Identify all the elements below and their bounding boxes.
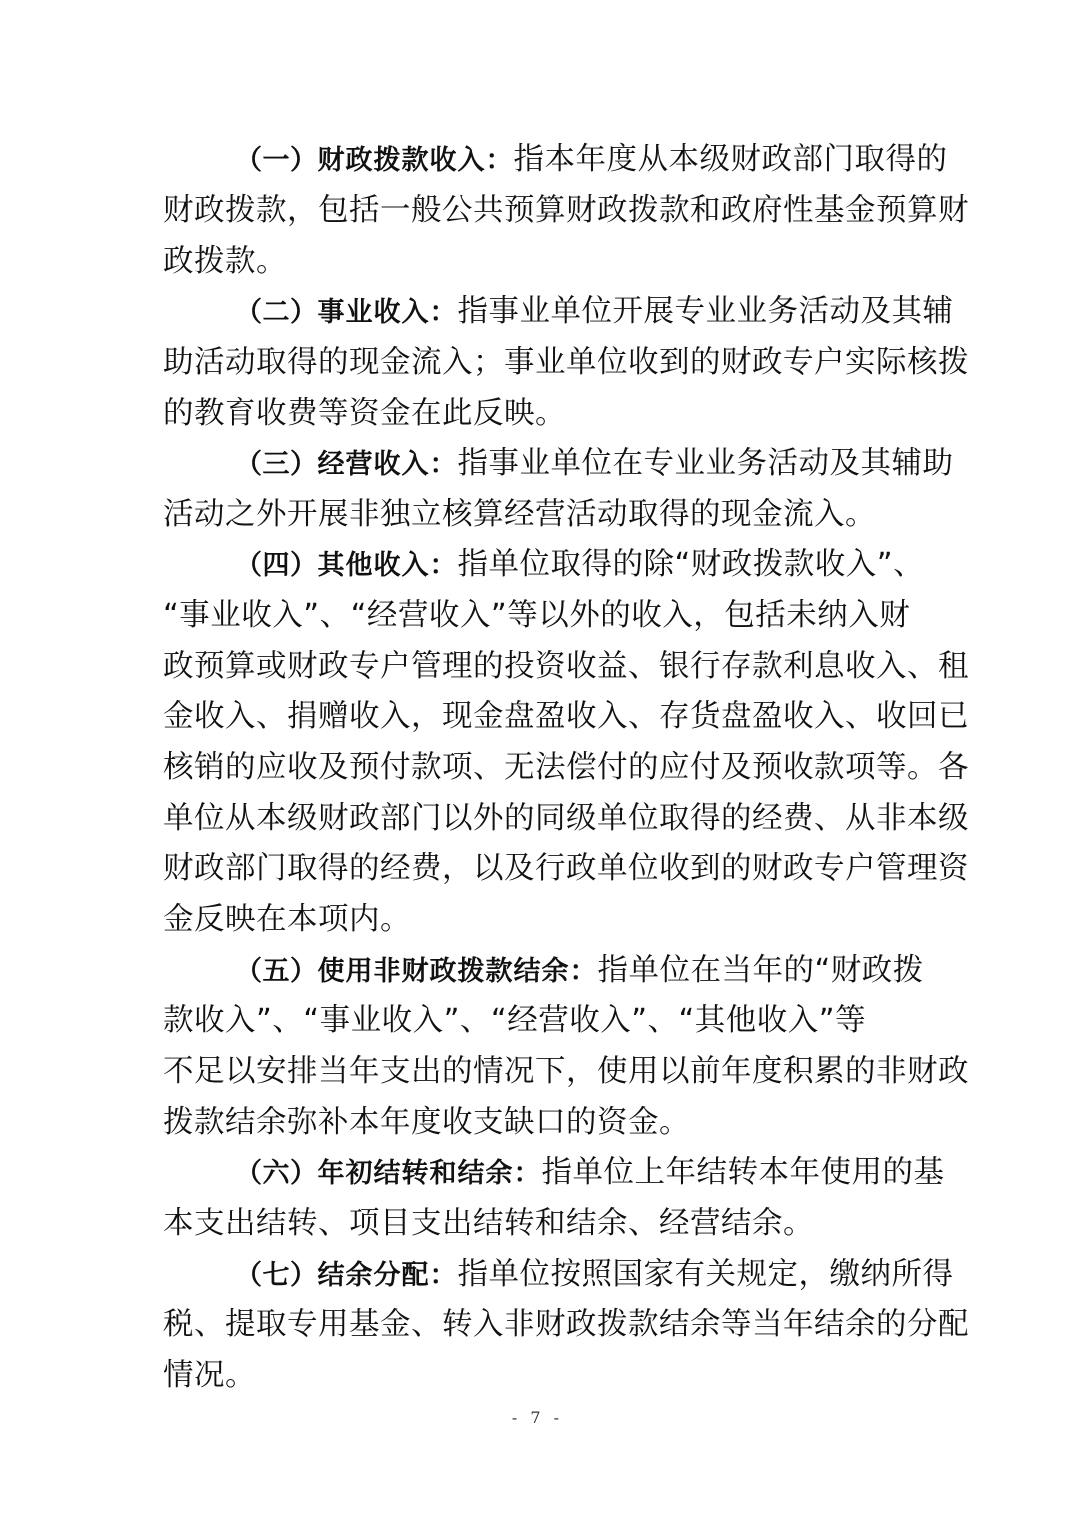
section-7-number: （七）	[235, 1260, 318, 1291]
section-3-term: 经营收入：	[318, 449, 458, 480]
section-6-number: （六）	[235, 1158, 318, 1189]
section-4-line-5: 核销的应收及预付款项、无法偿付的应付及预收款项等。各	[163, 743, 923, 793]
section-6-line-2: 本支出结转、项目支出结转和结余、经营结余。	[163, 1199, 923, 1249]
page-number: - 7 -	[0, 1408, 1075, 1427]
section-6-term: 年初结转和结余：	[318, 1158, 542, 1189]
section-4-line-4: 金收入、捐赠收入，现金盘盈收入、存货盘盈收入、收回已	[163, 692, 923, 742]
section-1-heading-line: （一）财政拨款收入：指本年度从本级财政部门取得的	[163, 135, 995, 185]
section-5-number: （五）	[235, 956, 318, 987]
section-4-term: 其他收入：	[318, 550, 458, 581]
section-4-number: （四）	[235, 550, 318, 581]
section-2-heading-line: （二）事业收入：指事业单位开展专业业务活动及其辅	[163, 287, 995, 337]
section-4-heading-line: （四）其他收入：指单位取得的除“财政拨款收入”、	[163, 540, 995, 590]
section-3-heading-line: （三）经营收入：指事业单位在专业业务活动及其辅助	[163, 439, 995, 489]
section-7-line-2: 税、提取专用基金、转入非财政拨款结余等当年结余的分配	[163, 1300, 923, 1350]
section-4-line-7: 财政部门取得的经费，以及行政单位收到的财政专户管理资	[163, 844, 923, 894]
section-3-number: （三）	[235, 449, 318, 480]
section-4-line-8: 金反映在本项内。	[163, 895, 923, 945]
section-7-term: 结余分配：	[318, 1260, 458, 1291]
section-1-line-2: 财政拨款，包括一般公共预算财政拨款和政府性基金预算财	[163, 186, 923, 236]
section-7-line-1: 指单位按照国家有关规定，缴纳所得	[458, 1257, 954, 1292]
section-4-line-6: 单位从本级财政部门以外的同级单位取得的经费、从非本级	[163, 794, 923, 844]
section-2-line-2: 助活动取得的现金流入；事业单位收到的财政专户实际核拨	[163, 338, 923, 388]
section-1-line-3: 政拨款。	[163, 237, 923, 287]
section-2-number: （二）	[235, 297, 318, 328]
section-6-heading-line: （六）年初结转和结余：指单位上年结转本年使用的基	[163, 1148, 995, 1198]
section-3-line-1: 指事业单位在专业业务活动及其辅助	[458, 446, 954, 481]
section-4-line-1: 指单位取得的除“财政拨款收入”、	[458, 547, 925, 582]
section-7-line-3: 情况。	[163, 1351, 923, 1401]
section-3-line-2: 活动之外开展非独立核算经营活动取得的现金流入。	[163, 490, 923, 540]
section-5-line-2: 款收入”、“事业收入”、“经营收入”、“其他收入”等	[163, 996, 923, 1046]
section-4-line-2: “事业收入”、“经营收入”等以外的收入，包括未纳入财	[163, 591, 923, 641]
section-2-line-1: 指事业单位开展专业业务活动及其辅	[458, 294, 954, 329]
section-1-term: 财政拨款收入：	[318, 145, 514, 176]
section-5-term: 使用非财政拨款结余：	[318, 956, 598, 987]
section-5-line-4: 拨款结余弥补本年度收支缺口的资金。	[163, 1098, 923, 1148]
section-5-line-1: 指单位在当年的“财政拨	[598, 953, 924, 988]
document-page: （一）财政拨款收入：指本年度从本级财政部门取得的 财政拨款，包括一般公共预算财政…	[0, 0, 1075, 1520]
section-1-number: （一）	[235, 145, 318, 176]
section-6-line-1: 指单位上年结转本年使用的基	[542, 1155, 945, 1190]
section-2-line-3: 的教育收费等资金在此反映。	[163, 389, 923, 439]
section-1-line-1: 指本年度从本级财政部门取得的	[514, 142, 948, 177]
section-5-heading-line: （五）使用非财政拨款结余：指单位在当年的“财政拨	[163, 946, 995, 996]
section-7-heading-line: （七）结余分配：指单位按照国家有关规定，缴纳所得	[163, 1250, 995, 1300]
section-2-term: 事业收入：	[318, 297, 458, 328]
section-4-line-3: 政预算或财政专户管理的投资收益、银行存款利息收入、租	[163, 642, 923, 692]
section-5-line-3: 不足以安排当年支出的情况下，使用以前年度积累的非财政	[163, 1047, 923, 1097]
